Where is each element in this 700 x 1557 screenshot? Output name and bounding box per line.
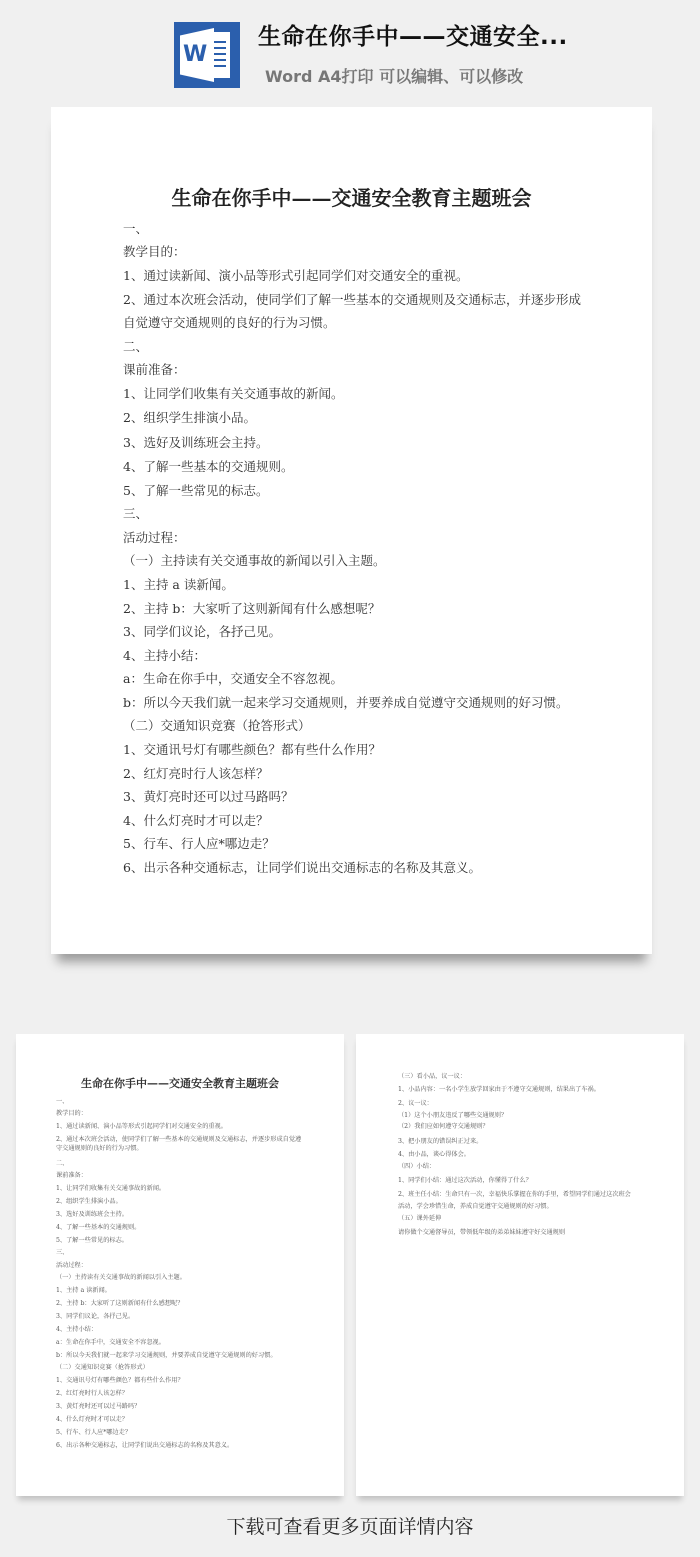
thumbnail-line: 1、交通讯号灯有哪些颜色？都有些什么作用？ — [56, 1376, 184, 1385]
paragraph: 5、了解一些常见的标志。 — [123, 479, 593, 502]
thumbnail-line: 1、小品内容：一名小学生放学回家由于不遵守交通规则，结果出了车祸。 — [398, 1085, 600, 1094]
paragraph: 1、让同学们收集有关交通事故的新闻。 — [123, 382, 593, 405]
thumbnail-line: 2、主持 b：大家听了这则新闻有什么感想呢？ — [56, 1299, 183, 1308]
paragraph: 2、主持 b：大家听了这则新闻有什么感想呢？ — [123, 597, 593, 620]
paragraph: 1、交通讯号灯有哪些颜色？都有些什么作用？ — [123, 738, 593, 761]
paragraph: 教学目的： — [123, 240, 593, 263]
thumbnail-line: 5、行车、行人应*哪边走？ — [56, 1428, 131, 1437]
thumbnail-line: 4、由小品，谈心得体会。 — [398, 1150, 470, 1159]
word-document-icon: W — [174, 22, 240, 88]
paragraph: 3、同学们议论，各抒己见。 — [123, 620, 593, 643]
thumbnail-line: b：所以今天我们就一起来学习交通规则，并要养成自觉遵守交通规则的好习惯。 — [56, 1351, 277, 1360]
thumbnail-line: 请你做个交通督导员，带领低年级的弟弟妹妹遵守好交通规则 — [398, 1228, 565, 1237]
paragraph: 4、主持小结： — [123, 644, 593, 667]
thumbnail-line: 3、选好及训练班会主持。 — [56, 1210, 128, 1219]
thumbnail-line: 活动，学会珍惜生命，养成自觉遵守交通规则的好习惯。 — [398, 1202, 553, 1211]
page-title: 生命在你手中——交通安全教育主题班会 — [51, 182, 652, 211]
paragraph: （二）交通知识竞赛（抢答形式） — [123, 714, 593, 737]
thumbnail-line: 1、主持 a 读新闻。 — [56, 1286, 111, 1295]
thumbnail-line: （二）交通知识竞赛（抢答形式） — [56, 1363, 149, 1372]
thumbnail-line: 2、议一议： — [398, 1099, 433, 1108]
thumbnail-line: 2、组织学生排演小品。 — [56, 1197, 122, 1206]
paragraph: 4、了解一些基本的交通规则。 — [123, 455, 593, 478]
thumbnail-line: （1）这个小朋友违反了哪些交通规则？ — [398, 1111, 507, 1120]
paragraph: 一、 — [123, 217, 593, 240]
paragraph: 二、 — [123, 335, 593, 358]
thumbnail-line: 2、红灯亮时行人该怎样？ — [56, 1389, 128, 1398]
download-more-link[interactable]: 下载可查看更多页面详情内容 — [0, 1512, 700, 1539]
paragraph: 三、 — [123, 502, 593, 525]
thumbnail-line: 课前准备： — [56, 1171, 87, 1180]
thumbnail-line: 活动过程： — [56, 1261, 87, 1270]
paragraph: 6、出示各种交通标志，让同学们说出交通标志的名称及其意义。 — [123, 856, 593, 879]
paragraph: 课前准备： — [123, 358, 593, 381]
page-thumbnail-2[interactable]: （三）看小品，议一议： 1、小品内容：一名小学生放学回家由于不遵守交通规则，结果… — [356, 1034, 684, 1496]
thumbnail-line: （四）小结： — [398, 1162, 435, 1171]
thumbnail-line: 5、了解一些常见的标志。 — [56, 1236, 128, 1245]
thumbnail-line: 2、通过本次班会活动，使同学们了解一些基本的交通规则及交通标志，并逐步形成自觉遵… — [56, 1135, 306, 1153]
thumbnail-line: 二、 — [56, 1159, 68, 1168]
thumbnail-line: 三、 — [56, 1248, 68, 1257]
document-subtitle: Word A4打印 可以编辑、可以修改 — [265, 64, 523, 87]
paragraph: 活动过程： — [123, 526, 593, 549]
paragraph: 2、通过本次班会活动，使同学们了解一些基本的交通规则及交通标志，并逐步形成自觉遵… — [123, 288, 593, 334]
paragraph: 1、主持 a 读新闻。 — [123, 573, 593, 596]
thumbnail-line: （三）看小品，议一议： — [398, 1072, 466, 1081]
header: W 生命在你手中——交通安全... Word A4打印 可以编辑、可以修改 — [0, 0, 700, 100]
thumbnail-line: 2、班主任小结：生命只有一次，幸福快乐掌握在你的手里，希望同学们通过这次班会 — [398, 1190, 631, 1199]
thumbnail-line: 教学目的： — [56, 1109, 87, 1118]
paragraph: 3、黄灯亮时还可以过马路吗？ — [123, 785, 593, 808]
thumbnail-line: 4、了解一些基本的交通规则。 — [56, 1223, 140, 1232]
thumbnail-line: 3、黄灯亮时还可以过马路吗？ — [56, 1402, 140, 1411]
thumbnail-title: 生命在你手中——交通安全教育主题班会 — [16, 1075, 344, 1091]
thumbnail-line: 1、通过读新闻、演小品等形式引起同学们对交通安全的重视。 — [56, 1122, 227, 1131]
thumbnail-line: a：生命在你手中，交通安全不容忽视。 — [56, 1338, 165, 1347]
thumbnail-line: 3、同学们议论，各抒己见。 — [56, 1312, 134, 1321]
paragraph: （一）主持读有关交通事故的新闻以引入主题。 — [123, 549, 593, 572]
paragraph: 1、通过读新闻、演小品等形式引起同学们对交通安全的重视。 — [123, 264, 593, 287]
document-title: 生命在你手中——交通安全... — [258, 18, 568, 51]
paragraph: 2、红灯亮时行人该怎样？ — [123, 762, 593, 785]
thumbnail-line: 6、出示各种交通标志，让同学们说出交通标志的名称及其意义。 — [56, 1441, 233, 1450]
thumbnail-line: 4、主持小结： — [56, 1325, 97, 1334]
paragraph: a：生命在你手中，交通安全不容忽视。 — [123, 667, 593, 690]
paragraph: 3、选好及训练班会主持。 — [123, 431, 593, 454]
paragraph: 5、行车、行人应*哪边走？ — [123, 832, 593, 855]
page-thumbnail-1[interactable]: 生命在你手中——交通安全教育主题班会 一、 教学目的： 1、通过读新闻、演小品等… — [16, 1034, 344, 1496]
thumbnail-line: 4、什么灯亮时才可以走？ — [56, 1415, 128, 1424]
thumbnail-line: 1、同学们小结：通过这次活动，你懂得了什么？ — [398, 1176, 532, 1185]
document-page-preview: 生命在你手中——交通安全教育主题班会 一、 教学目的： 1、通过读新闻、演小品等… — [51, 107, 652, 954]
paragraph: 2、组织学生排演小品。 — [123, 406, 593, 429]
thumbnail-line: 一、 — [56, 1097, 68, 1106]
thumbnail-line: （五）课外延伸 — [398, 1214, 441, 1223]
thumbnail-line: （一）主持读有关交通事故的新闻以引入主题。 — [56, 1273, 186, 1282]
thumbnail-line: 1、让同学们收集有关交通事故的新闻。 — [56, 1184, 165, 1193]
paragraph: 4、什么灯亮时才可以走？ — [123, 809, 593, 832]
thumbnail-line: 3、把小朋友的错误纠正过来。 — [398, 1137, 482, 1146]
thumbnail-line: （2）我们应如何遵守交通规则？ — [398, 1122, 489, 1131]
paragraph: b：所以今天我们就一起来学习交通规则，并要养成自觉遵守交通规则的好习惯。 — [123, 691, 593, 714]
